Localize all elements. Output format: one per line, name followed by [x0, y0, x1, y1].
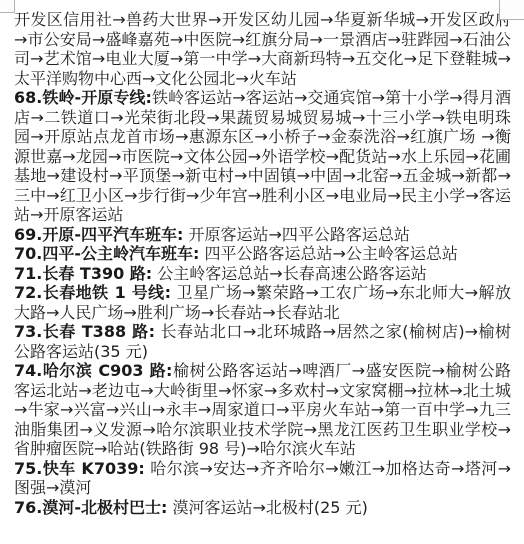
route-heading: 69.开原-四平汽车班车: — [14, 225, 183, 244]
route-paragraph-75: 75.快车 K7039: 哈尔滨→安达→齐齐哈尔→嫩江→加格达奇→塔河→图强→漠… — [14, 459, 511, 498]
route-stops: 公主岭客运总站→长春高速公路客运站 — [152, 264, 427, 283]
route-stops: 开原客运站→四平公路客运总站 — [183, 225, 410, 244]
route-paragraph-76: 76.漠河-北极村巴士: 漠河客运站→北极村(25 元) — [14, 498, 511, 518]
route-heading: 74.哈尔滨 C903 路: — [14, 361, 172, 380]
route-heading: 71.长春 T390 路: — [14, 264, 152, 283]
page-corner-mark-top-right — [499, 0, 524, 20]
page-corner-mark-top-left — [0, 0, 15, 13]
route-paragraph-71: 71.长春 T390 路: 公主岭客运总站→长春高速公路客运站 — [14, 264, 511, 284]
route-stops: 漠河客运站→北极村(25 元) — [167, 498, 367, 517]
route-heading: 70.四平-公主岭汽车班车: — [14, 244, 199, 263]
route-heading: 75.快车 K7039: — [14, 459, 145, 478]
bus-route-list-page: 开发区信用社→兽药大世界→开发区幼儿园→华夏新华城→开发区政府→市公安局→盛峰嘉… — [0, 0, 524, 544]
route-heading: 76.漠河-北极村巴士: — [14, 498, 167, 517]
route-heading: 72.长春地铁 1 号线: — [14, 283, 171, 302]
route-paragraph-68: 68.铁岭-开原专线:铁岭客运站→客运站→交通宾馆→第十小学→得月酒店→二铁道口… — [14, 88, 511, 225]
route-paragraph-72: 72.长春地铁 1 号线: 卫星广场→繁荣路→工农广场→东北师大→解放大路→人民… — [14, 283, 511, 322]
route-paragraph-continuation: 开发区信用社→兽药大世界→开发区幼儿园→华夏新华城→开发区政府→市公安局→盛峰嘉… — [14, 10, 511, 88]
route-heading: 68.铁岭-开原专线: — [14, 88, 152, 107]
route-stops: 开发区信用社→兽药大世界→开发区幼儿园→华夏新华城→开发区政府→市公安局→盛峰嘉… — [14, 10, 511, 88]
route-stops: 铁岭客运站→客运站→交通宾馆→第十小学→得月酒店→二铁道口→光荣街北段→果蔬贸易… — [14, 88, 511, 224]
route-paragraph-69: 69.开原-四平汽车班车: 开原客运站→四平公路客运总站 — [14, 225, 511, 245]
route-paragraph-73: 73.长春 T388 路: 长春站北口→北环城路→居然之家(榆树店)→榆树公路客… — [14, 322, 511, 361]
route-paragraph-70: 70.四平-公主岭汽车班车: 四平公路客运总站→公主岭客运总站 — [14, 244, 511, 264]
route-stops: 四平公路客运总站→公主岭客运总站 — [199, 244, 458, 263]
route-heading: 73.长春 T388 路: — [14, 322, 155, 341]
route-paragraph-74: 74.哈尔滨 C903 路:榆树公路客运站→啤酒厂→盛安医院→榆树公路客运北站→… — [14, 361, 511, 459]
